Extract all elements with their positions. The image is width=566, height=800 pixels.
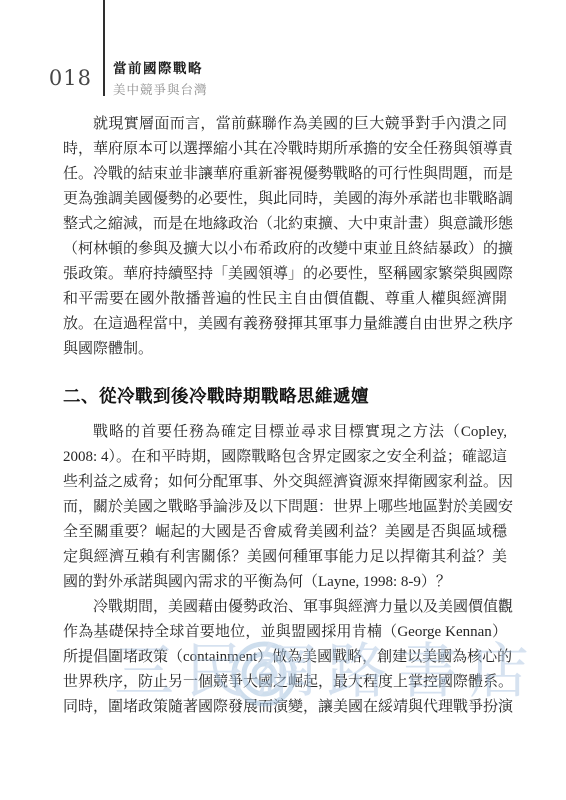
text-line: 就現實層面而言，當前蘇聯作為美國的巨大競爭對手內潰之同 <box>63 112 507 137</box>
text-line: 世界秩序，防止另一個競爭大國之崛起，最大程度上掌控國際體系。 <box>63 670 507 695</box>
page-header: 018 當前國際戰略 美中競爭與台灣 <box>0 0 566 100</box>
text-line: 作為基礎保持全球首要地位，並與盟國採用肯楠（George Kennan） <box>63 620 507 645</box>
text-line: 張政策。華府持續堅持「美國領導」的必要性，堅稱國家繁榮與國際 <box>63 262 507 287</box>
running-head: 當前國際戰略 美中競爭與台灣 <box>113 57 208 98</box>
text-line: 和平需要在國外散播普遍的性民主自由價值觀、尊重人權與經濟開 <box>63 287 507 312</box>
paragraph-1: 就現實層面而言，當前蘇聯作為美國的巨大競爭對手內潰之同時，華府原本可以選擇縮小其… <box>63 112 507 362</box>
section-heading: 二、從冷戰到後冷戰時期戰略思維遞嬗 <box>63 384 507 408</box>
text-line: 放。在這過程當中，美國有義務發揮其軍事力量維護自由世界之秩序 <box>63 312 507 337</box>
text-line: 定與經濟互賴有利害關係？美國何種軍事能力足以捍衛其利益？美 <box>63 545 507 570</box>
header-divider <box>103 0 105 96</box>
book-subtitle: 美中競爭與台灣 <box>113 80 208 98</box>
text-line: （柯林頓的參與及擴大以小布希政府的改變中東並且終結暴政）的擴 <box>63 237 507 262</box>
book-title: 當前國際戰略 <box>113 57 208 77</box>
text-line: 2008: 4）。在和平時期，國際戰略包含界定國家之安全利益；確認這 <box>63 445 507 470</box>
paragraph-2: 戰略的首要任務為確定目標並尋求目標實現之方法（Copley,2008: 4）。在… <box>63 420 507 595</box>
text-line: 些利益之威脅；如何分配軍事、外交與經濟資源來捍衛國家利益。因 <box>63 470 507 495</box>
text-line: 更為強調美國優勢的必要性，與此同時，美國的海外承諾也非戰略調 <box>63 187 507 212</box>
book-page: 018 當前國際戰略 美中競爭與台灣 就現實層面而言，當前蘇聯作為美國的巨大競爭… <box>0 0 566 800</box>
text-line: 冷戰期間，美國藉由優勢政治、軍事與經濟力量以及美國價值觀 <box>63 595 507 620</box>
page-number: 018 <box>36 66 92 90</box>
paragraph-3: 冷戰期間，美國藉由優勢政治、軍事與經濟力量以及美國價值觀作為基礎保持全球首要地位… <box>63 595 507 720</box>
text-line: 所提倡圍堵政策（containment）做為美國戰略，創建以美國為核心的 <box>63 645 507 670</box>
text-line: 與國際體制。 <box>63 337 507 362</box>
text-line: 時，華府原本可以選擇縮小其在冷戰時期所承擔的安全任務與領導責 <box>63 137 507 162</box>
text-line: 同時，圍堵政策隨著國際發展而演變，讓美國在綏靖與代理戰爭扮演 <box>63 695 507 720</box>
page-content: 就現實層面而言，當前蘇聯作為美國的巨大競爭對手內潰之同時，華府原本可以選擇縮小其… <box>63 112 507 720</box>
text-line: 全至關重要？崛起的大國是否會威脅美國利益？美國是否與區域穩 <box>63 520 507 545</box>
text-line: 整式之縮減，而是在地緣政治（北約東擴、大中東計畫）與意識形態 <box>63 212 507 237</box>
text-line: 任。冷戰的結束並非讓華府重新審視優勢戰略的可行性與問題，而是 <box>63 162 507 187</box>
text-line: 戰略的首要任務為確定目標並尋求目標實現之方法（Copley, <box>63 420 507 445</box>
text-line: 國的對外承諾與國內需求的平衡為何（Layne, 1998: 8-9）？ <box>63 570 507 595</box>
text-line: 而，關於美國之戰略爭論涉及以下問題：世界上哪些地區對於美國安 <box>63 495 507 520</box>
